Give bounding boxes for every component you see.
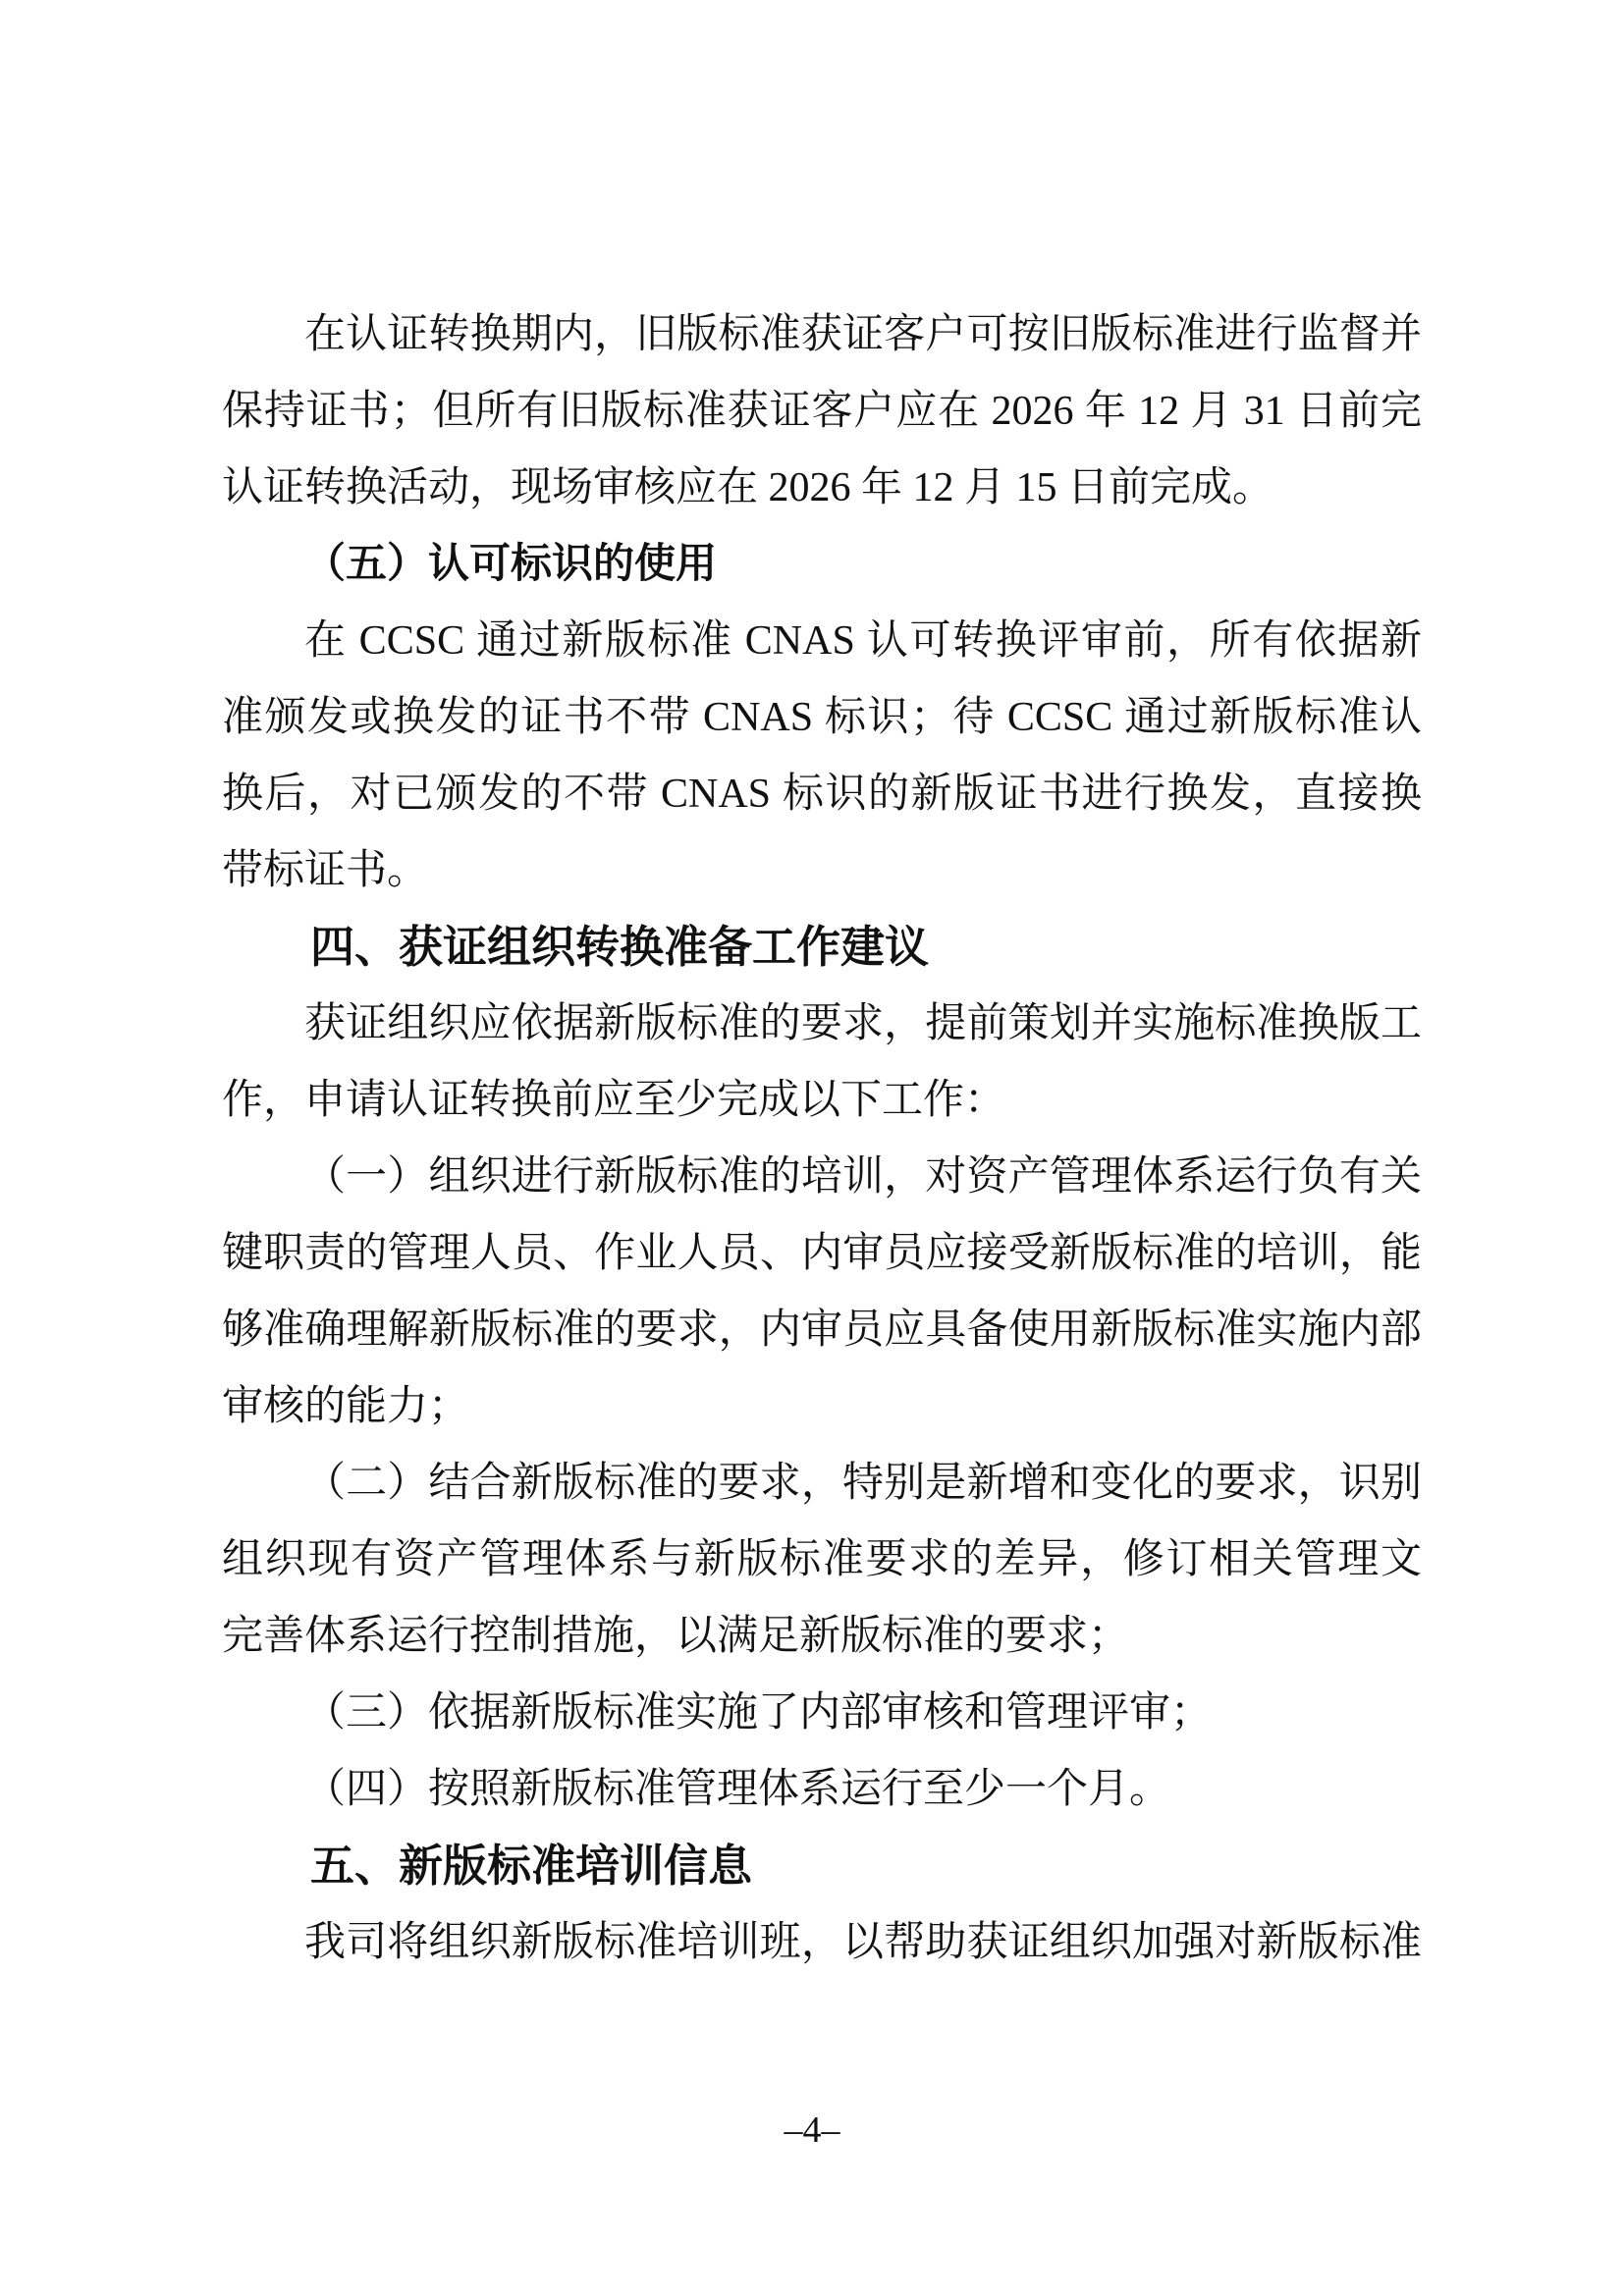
text-line: 键职责的管理人员、作业人员、内审员应接受新版标准的培训，能: [222, 1215, 1422, 1292]
text-line: 够准确理解新版标准的要求，内审员应具备使用新版标准实施内部: [222, 1292, 1422, 1368]
text-line: 获证组织应依据新版标准的要求，提前策划并实施标准换版工: [222, 986, 1422, 1062]
text-line: 组织现有资产管理体系与新版标准要求的差异，修订相关管理文件，: [222, 1522, 1422, 1598]
text-line: 换后，对已颁发的不带 CNAS 标识的新版证书进行换发，直接换发为: [222, 756, 1422, 832]
page-number: –4–: [0, 2107, 1624, 2154]
text-line: 带标证书。: [222, 832, 1422, 909]
text-line: （一）组织进行新版标准的培训，对资产管理体系运行负有关: [222, 1139, 1422, 1215]
text-line: 完善体系运行控制措施，以满足新版标准的要求；: [222, 1598, 1422, 1675]
heading-section-5: 五、新版标准培训信息: [222, 1828, 1422, 1904]
text-line: （二）结合新版标准的要求，特别是新增和变化的要求，识别: [222, 1445, 1422, 1522]
heading-accreditation-mark-usage: （五）认可标识的使用: [222, 526, 1422, 603]
text-line: 准颁发或换发的证书不带 CNAS 标识；待 CCSC 通过新版标准认可转: [222, 679, 1422, 756]
text-line: 认证转换活动，现场审核应在 2026 年 12 月 15 日前完成。: [222, 450, 1422, 526]
text-line: 保持证书；但所有旧版标准获证客户应在 2026 年 12 月 31 日前完成: [222, 373, 1422, 450]
document-page: 在认证转换期内，旧版标准获证客户可按旧版标准进行监督并保持证书；但所有旧版标准获…: [0, 0, 1624, 2296]
text-line: 审核的能力；: [222, 1368, 1422, 1445]
text-line: （三）依据新版标准实施了内部审核和管理评审；: [222, 1675, 1422, 1751]
text-line: （四）按照新版标准管理体系运行至少一个月。: [222, 1751, 1422, 1828]
text-line: 在认证转换期内，旧版标准获证客户可按旧版标准进行监督并: [222, 296, 1422, 373]
document-body: 在认证转换期内，旧版标准获证客户可按旧版标准进行监督并保持证书；但所有旧版标准获…: [222, 296, 1422, 1981]
text-line: 作，申请认证转换前应至少完成以下工作：: [222, 1062, 1422, 1139]
text-line: 在 CCSC 通过新版标准 CNAS 认可转换评审前，所有依据新版标: [222, 603, 1422, 679]
heading-section-4: 四、获证组织转换准备工作建议: [222, 909, 1422, 986]
text-line: 我司将组织新版标准培训班，以帮助获证组织加强对新版标准: [222, 1904, 1422, 1981]
